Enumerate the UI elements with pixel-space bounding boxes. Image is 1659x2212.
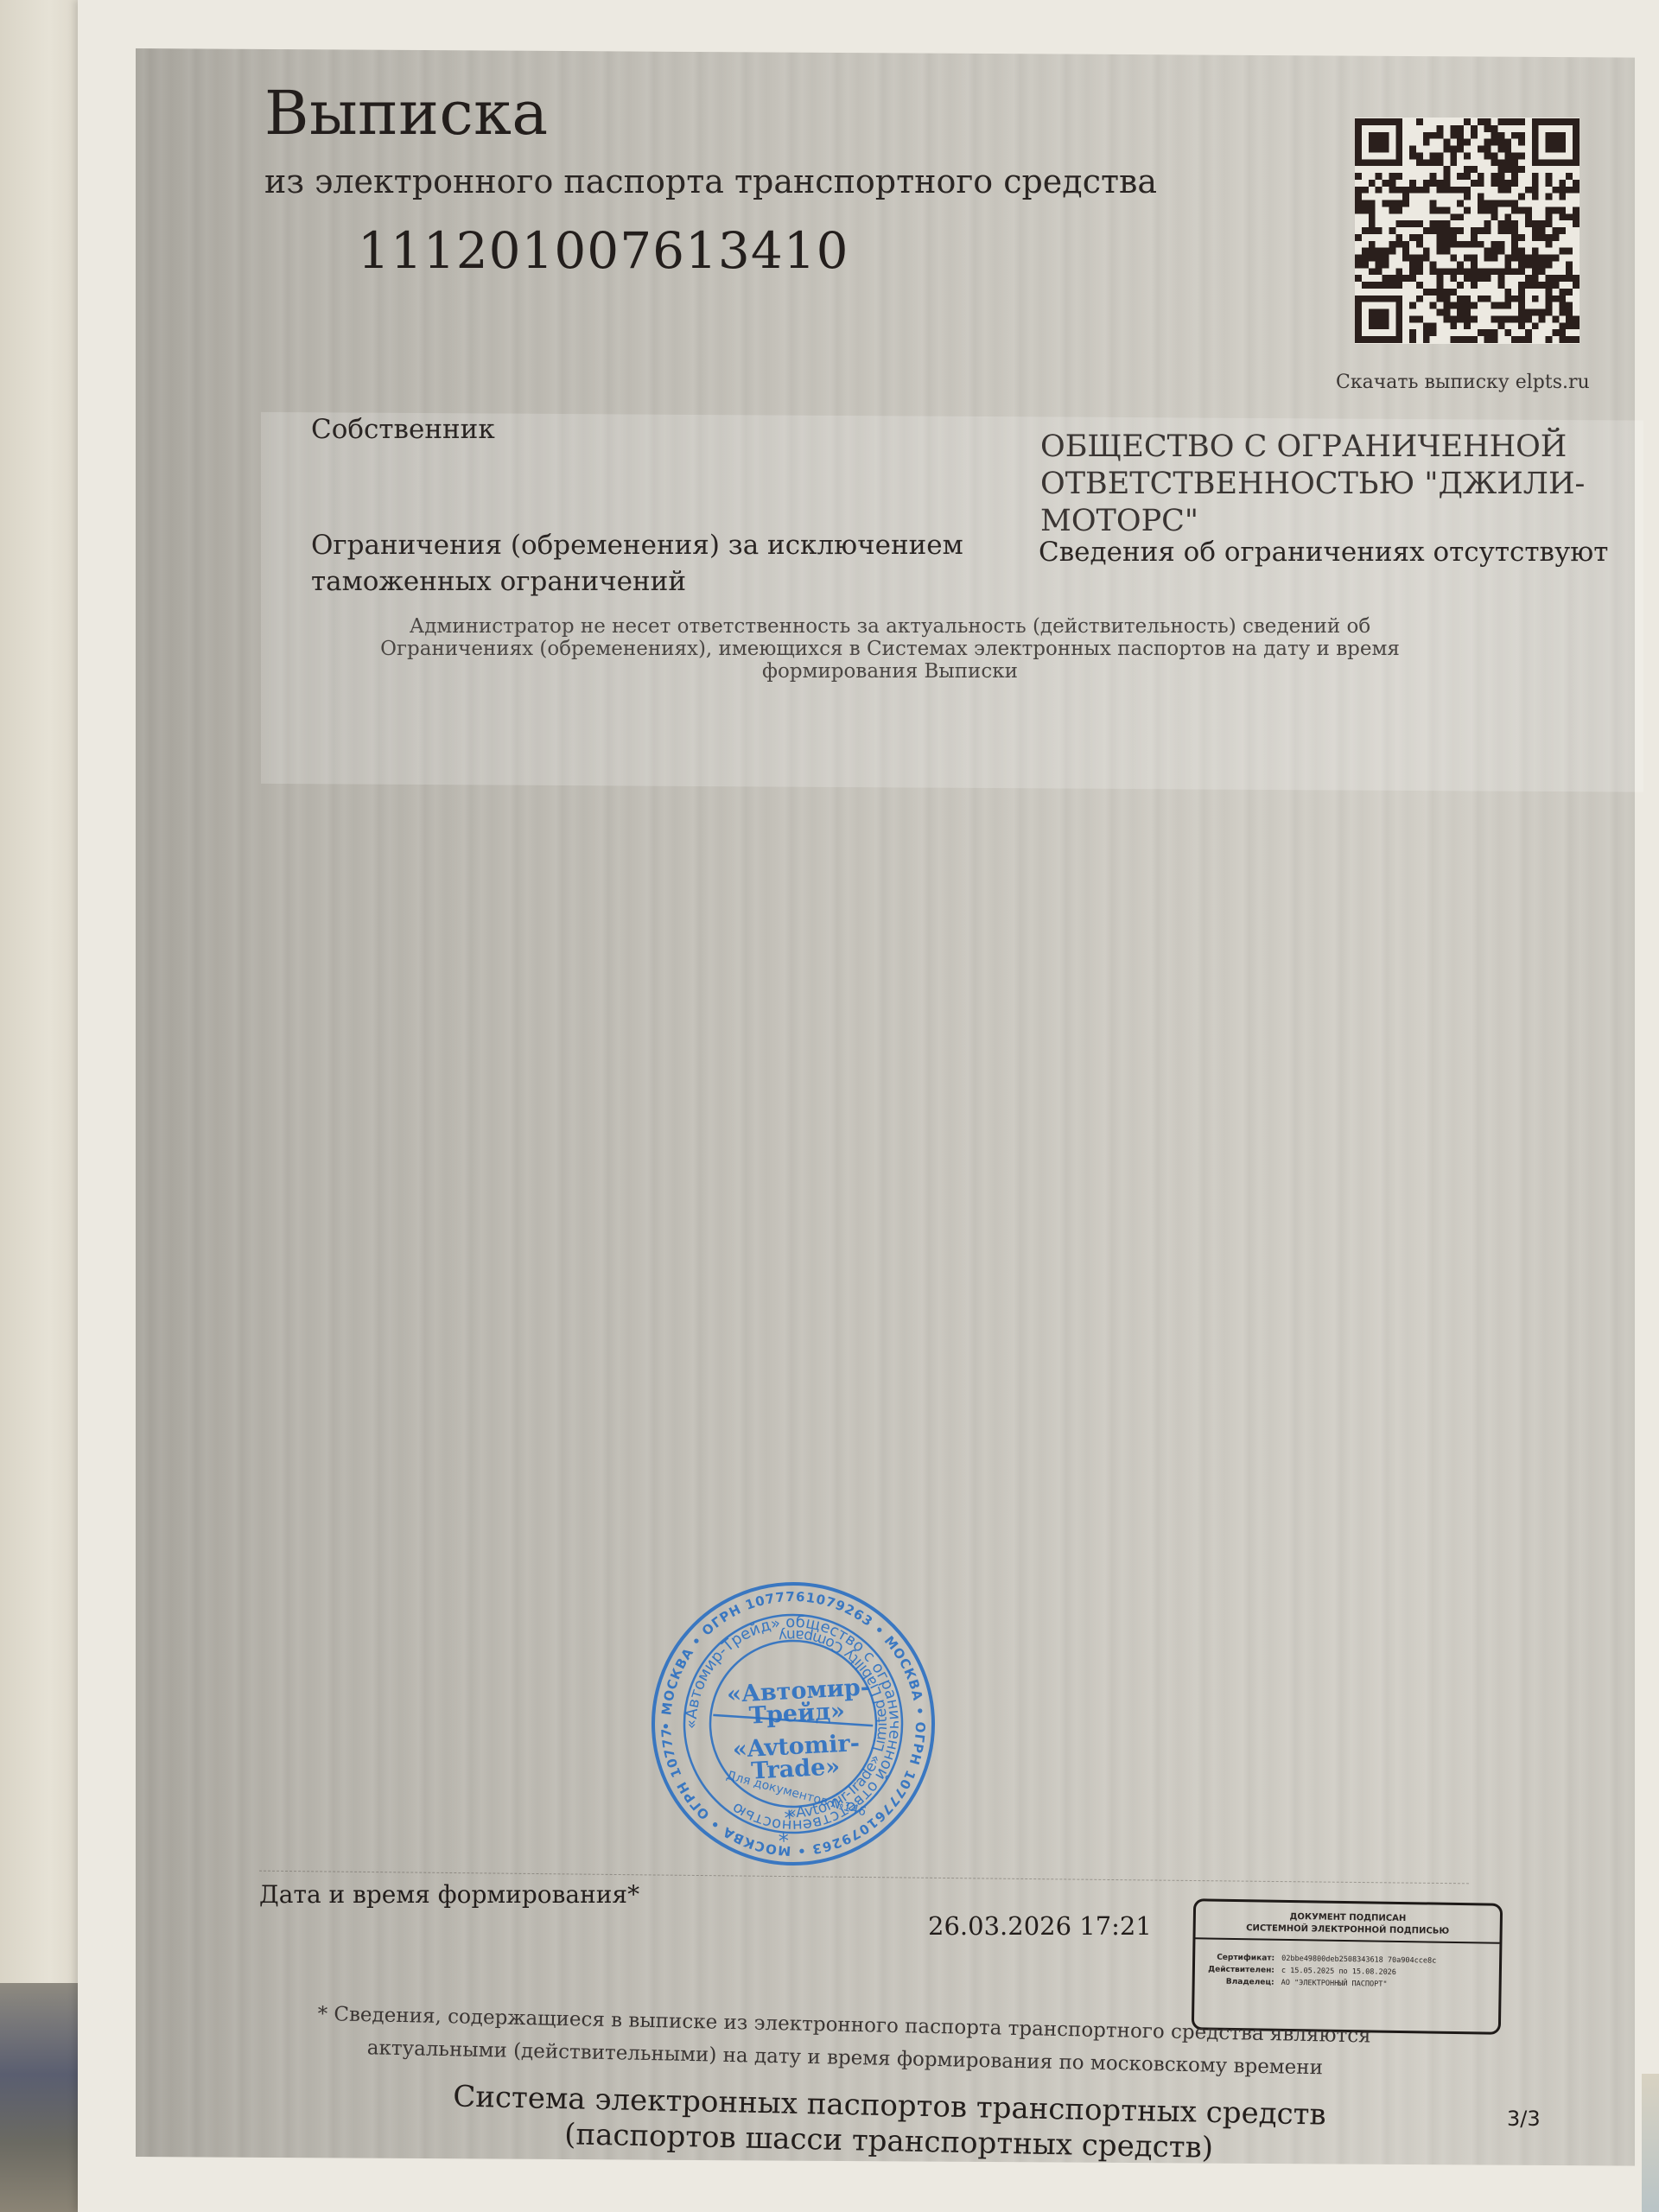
signature-owner-value: АО "ЭЛЕКТРОННЫЙ ПАСПОРТ": [1281, 1977, 1388, 1991]
owner-label: Собственник: [311, 411, 495, 448]
company-stamp-icon: • МОСКВА • ОГРН 1077761079263 • МОСКВА •…: [639, 1573, 948, 1873]
signature-header: ДОКУМЕНТ ПОДПИСАН СИСТЕМНОЙ ЭЛЕКТРОННОЙ …: [1195, 1901, 1500, 1944]
restrictions-label: Ограничения (обременения) за исключением…: [311, 527, 985, 600]
background-sheet: [0, 0, 82, 2212]
background-edge: [1642, 2074, 1659, 2212]
validity-label: Действителен:: [1195, 1963, 1281, 1977]
page-number: 3/3: [1507, 2107, 1541, 2131]
disclaimer-text: Администратор не несет ответственность з…: [372, 615, 1408, 683]
electronic-signature-box: ДОКУМЕНТ ПОДПИСАН СИСТЕМНОЙ ЭЛЕКТРОННОЙ …: [1192, 1898, 1503, 2035]
document-title: Выписка: [264, 78, 549, 149]
stamp-star-icon: *: [778, 1828, 789, 1853]
qr-code-icon[interactable]: [1355, 118, 1580, 344]
owner-value: ОБЩЕСТВО С ОГРАНИЧЕННОЙ ОТВЕТСТВЕННОСТЬЮ…: [1040, 429, 1593, 540]
restrictions-value: Сведения об ограничениях отсутствуют: [1039, 534, 1608, 570]
background-desk: [0, 1983, 86, 2212]
qr-caption: Скачать выписку elpts.ru: [1336, 372, 1590, 393]
generation-date-value: 26.03.2026 17:21: [928, 1911, 1152, 1941]
document-subtitle: из электронного паспорта транспортного с…: [264, 162, 1157, 200]
stamp-star-icon: *: [784, 1806, 795, 1831]
document-number: 111201007613410: [358, 221, 849, 280]
signature-owner-label: Владелец:: [1195, 1975, 1281, 1989]
generation-date-label: Дата и время формирования*: [259, 1880, 639, 1909]
stamp-center-ru-2: Трейд»: [748, 1698, 846, 1730]
certificate-label: Сертификат:: [1195, 1951, 1281, 1965]
